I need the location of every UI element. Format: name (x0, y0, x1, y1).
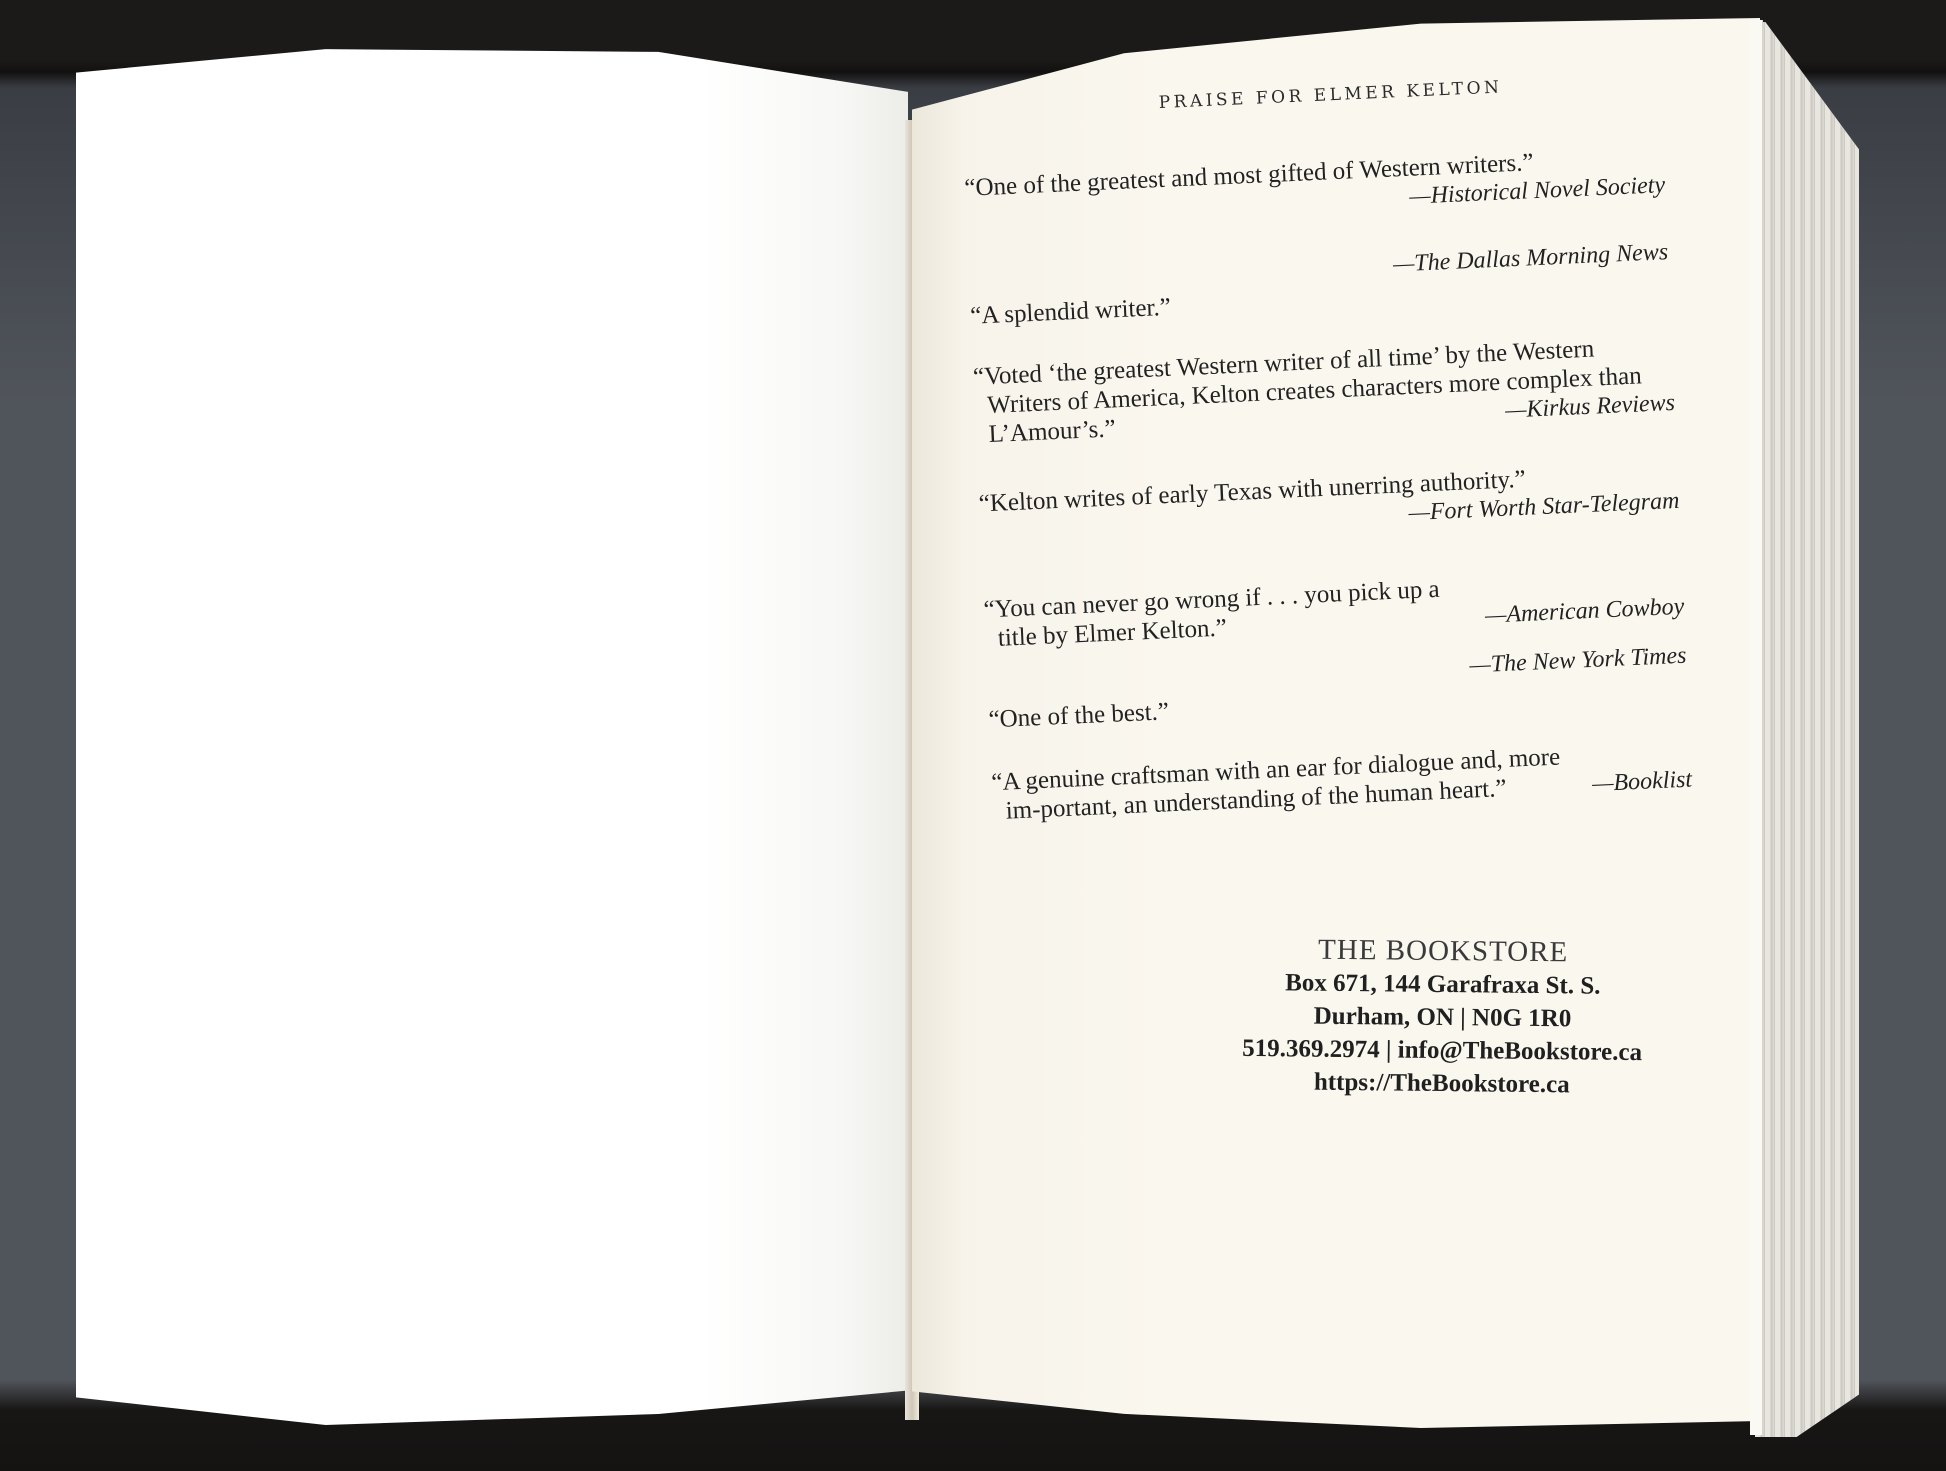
quote-item: “One of the greatest and most gifted of … (964, 142, 1666, 232)
quote-source: —Kirkus Reviews (1517, 389, 1675, 425)
quote-item: “Voted ‘the greatest Western writer of a… (972, 331, 1675, 450)
quote-text: “One of the best.” (988, 674, 1689, 735)
quote-item: “A splendid writer.” —The Dallas Morning… (970, 270, 1671, 331)
stamp-contact: 519.369.2974 | info@TheBookstore.ca (1214, 1032, 1669, 1070)
left-page-blank (76, 45, 908, 1425)
quote-text: “A genuine craftsman with an ear for dia… (1004, 737, 1693, 826)
stamp-city: Durham, ON | N0G 1R0 (1215, 999, 1670, 1037)
quote-item: “A genuine craftsman with an ear for dia… (991, 737, 1693, 827)
bookstore-stamp: THE BOOKSTORE Box 671, 144 Garafraxa St.… (1214, 933, 1671, 1103)
quote-text: “Voted ‘the greatest Western writer of a… (985, 331, 1675, 449)
stamp-address: Box 671, 144 Garafraxa St. S. (1215, 966, 1670, 1004)
stamp-website: https://TheBookstore.ca (1214, 1065, 1669, 1103)
page-stack-edge (1755, 22, 1859, 1437)
stamp-store-name: THE BOOKSTORE (1216, 933, 1671, 971)
praise-section: PRAISE FOR ELMER KELTON “One of the grea… (960, 58, 1694, 858)
quote-item: “One of the best.” —The New York Times (988, 674, 1689, 735)
quote-text: “A splendid writer.” (970, 270, 1671, 331)
page-edge-highlight (1750, 20, 1763, 1435)
page-heading: PRAISE FOR ELMER KELTON (1120, 76, 1540, 115)
quote-item: “You can never go wrong if . . . you pic… (983, 564, 1685, 654)
quote-source: —Booklist (1604, 766, 1692, 799)
quote-item: “Kelton writes of early Texas with unerr… (978, 458, 1680, 548)
